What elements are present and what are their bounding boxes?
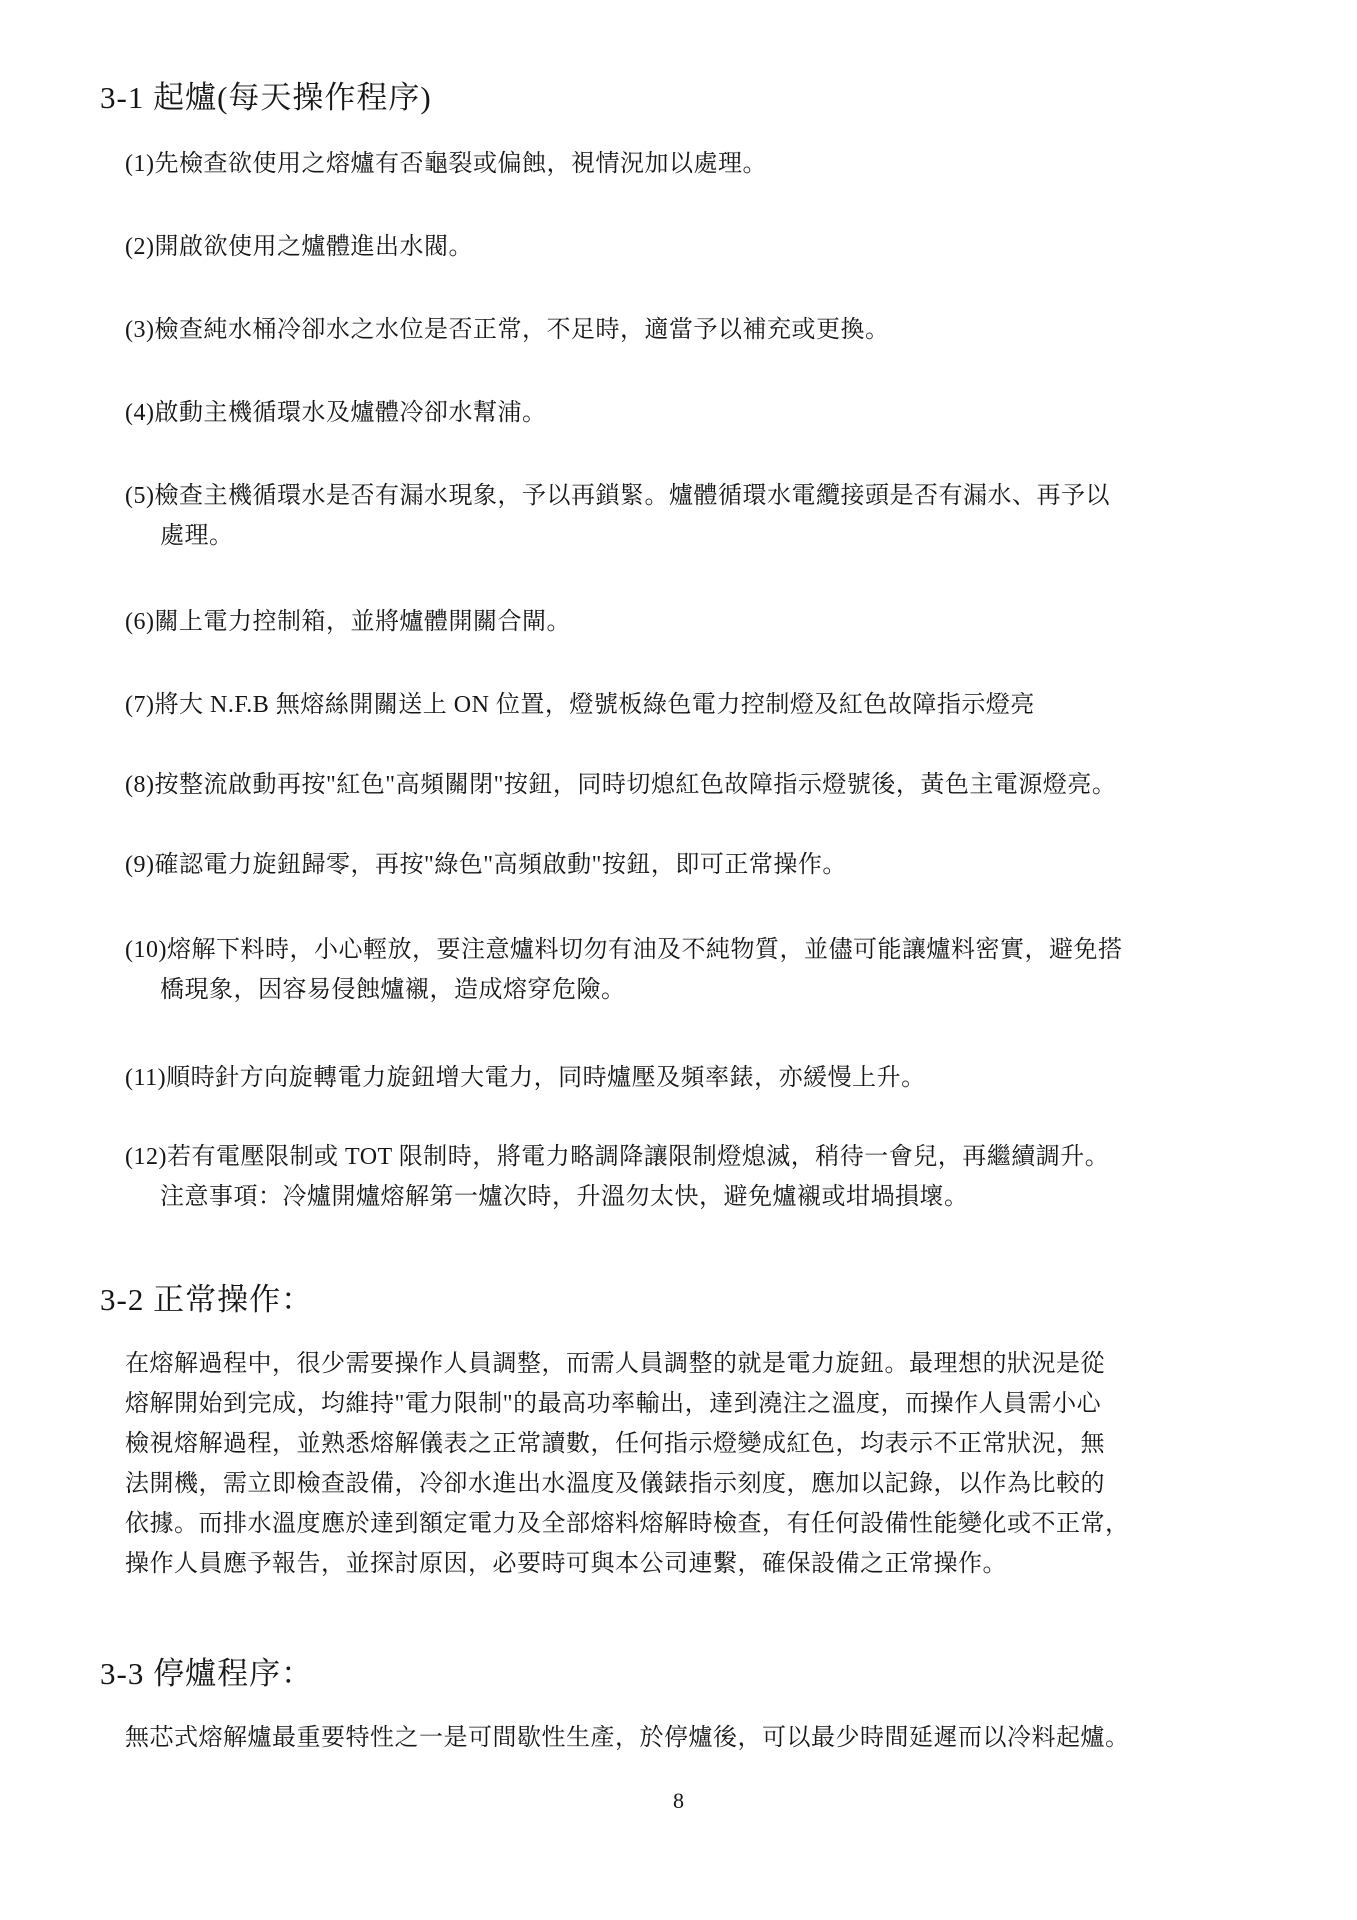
procedure-note: 注意事項：冷爐開爐熔解第一爐次時，升溫勿太快，避免爐襯或坩堝損壞。 bbox=[160, 1177, 1340, 1217]
section-3-1-heading: 3-1 起爐(每天操作程序) bbox=[100, 72, 432, 117]
procedure-step-9: (9)確認電力旋鈕歸零，再按"綠色"高頻啟動"按鈕，即可正常操作。 bbox=[125, 845, 1340, 885]
procedure-step-11: (11)順時針方向旋轉電力旋鈕增大電力，同時爐壓及頻率錶，亦緩慢上升。 bbox=[125, 1058, 1340, 1098]
section-3-2-heading: 3-2 正常操作： bbox=[100, 1274, 313, 1319]
procedure-step-4: (4)啟動主機循環水及爐體冷卻水幫浦。 bbox=[125, 393, 1340, 433]
procedure-step-1: (1)先檢查欲使用之熔爐有否龜裂或偏蝕，視情況加以處理。 bbox=[125, 144, 1340, 184]
procedure-step-6: (6)關上電力控制箱，並將爐體開關合閘。 bbox=[125, 602, 1340, 642]
procedure-step-10: (10)熔解下料時，小心輕放，要注意爐料切勿有油及不純物質，並儘可能讓爐料密實，… bbox=[125, 930, 1340, 1010]
procedure-step-3: (3)檢查純水桶冷卻水之水位是否正常，不足時，適當予以補充或更換。 bbox=[125, 310, 1340, 350]
normal-operation-paragraph: 在熔解過程中，很少需要操作人員調整，而需人員調整的就是電力旋鈕。最理想的狀況是從… bbox=[125, 1344, 1335, 1584]
procedure-step-5: (5)檢查主機循環水是否有漏水現象，予以再鎖緊。爐體循環水電纜接頭是否有漏水、再… bbox=[125, 476, 1340, 556]
procedure-step-7: (7)將大 N.F.B 無熔絲開關送上 ON 位置，燈號板綠色電力控制燈及紅色故… bbox=[125, 685, 1340, 725]
section-3-3-heading: 3-3 停爐程序： bbox=[100, 1648, 313, 1693]
procedure-step-12: (12)若有電壓限制或 TOT 限制時，將電力略調降讓限制燈熄滅，稍待一會兒，再… bbox=[125, 1137, 1340, 1177]
shutdown-procedure-paragraph: 無芯式熔解爐最重要特性之一是可間歇性生產，於停爐後，可以最少時間延遲而以冷料起爐… bbox=[125, 1718, 1335, 1758]
page-number: 8 bbox=[0, 1788, 1357, 1814]
procedure-step-2: (2)開啟欲使用之爐體進出水閥。 bbox=[125, 227, 1340, 267]
procedure-step-8: (8)按整流啟動再按"紅色"高頻關閉"按鈕，同時切熄紅色故障指示燈號後，黃色主電… bbox=[125, 765, 1340, 805]
document-page: 3-1 起爐(每天操作程序) (1)先檢查欲使用之熔爐有否龜裂或偏蝕，視情況加以… bbox=[0, 0, 1357, 1920]
